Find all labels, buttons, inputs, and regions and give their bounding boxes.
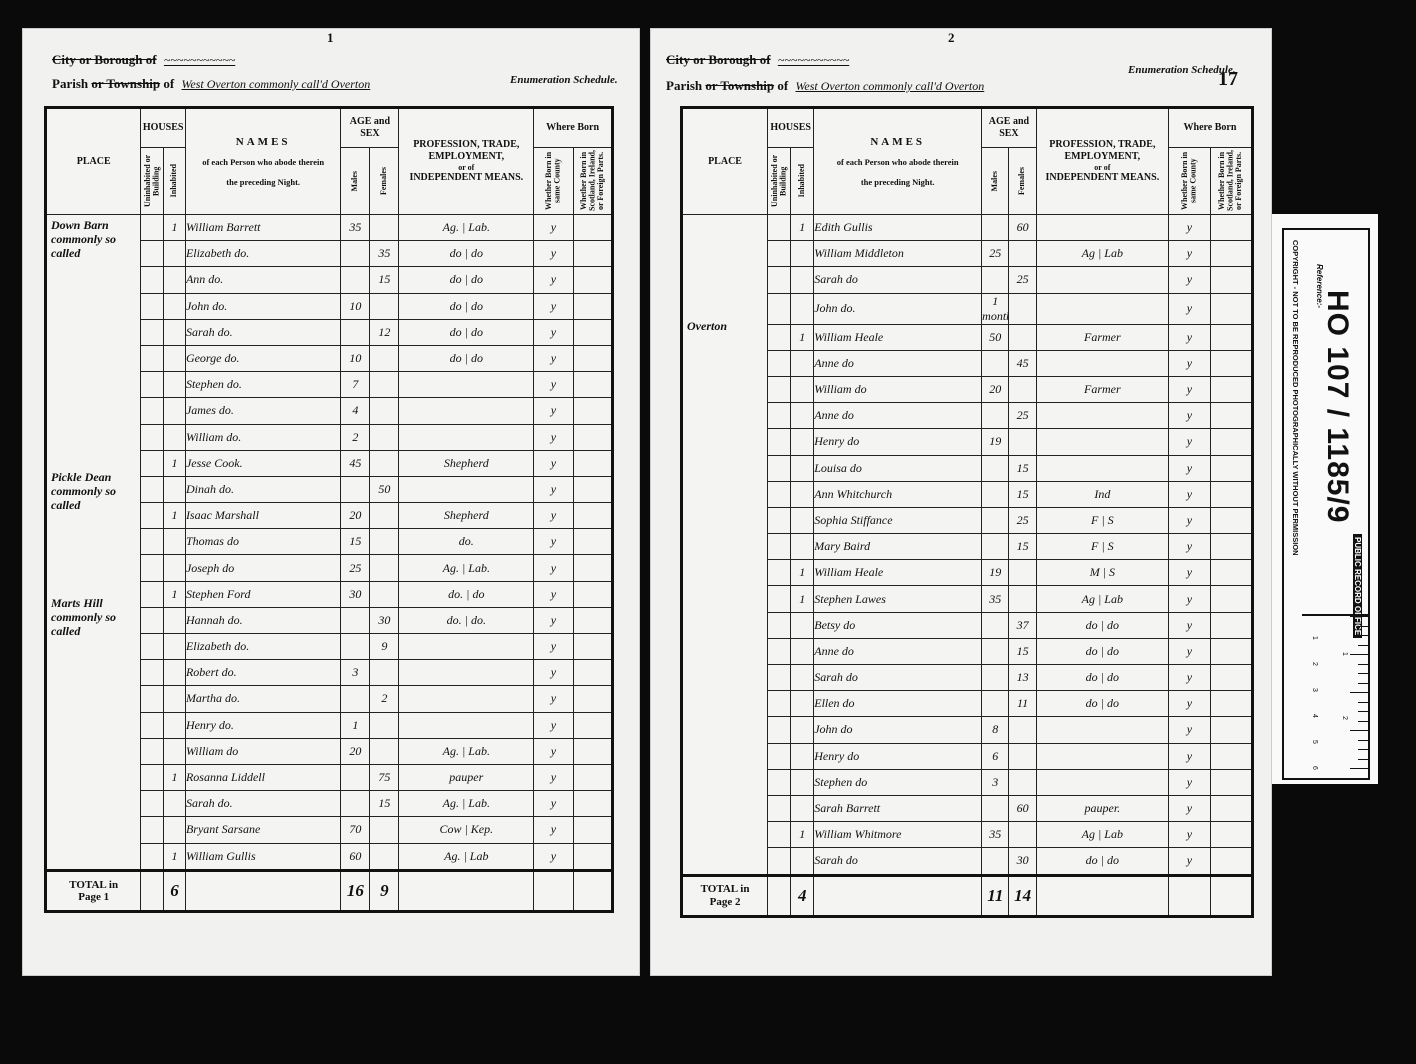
inhabited-cell: 1	[164, 215, 186, 241]
born-same-county: y	[1168, 403, 1210, 429]
born-same-county: y	[1168, 612, 1210, 638]
age-male: 50	[982, 324, 1009, 350]
born-same-county: y	[1168, 455, 1210, 481]
person-name: Sarah do	[814, 267, 982, 293]
age-male	[982, 534, 1009, 560]
col-where-born: Where Born	[1168, 108, 1252, 148]
born-scotland-ireland	[573, 529, 612, 555]
inhabited-label: Inhabited	[798, 164, 806, 197]
total-inhabited: 6	[164, 870, 186, 911]
occupation: do | do	[1036, 848, 1168, 875]
person-name: Sarah do.	[185, 791, 340, 817]
parish-line: Parish or Township of West Overton commo…	[666, 78, 984, 94]
age-male	[341, 476, 370, 502]
total-label-line2: Page 2	[683, 896, 767, 908]
age-male	[982, 795, 1009, 821]
city-borough-label: City or Borough of	[666, 52, 771, 67]
total-born-county	[1168, 875, 1210, 916]
age-male: 10	[341, 293, 370, 319]
uninhabited-cell	[141, 319, 164, 345]
inhabited-cell	[164, 398, 186, 424]
total-label-line2: Page 1	[47, 891, 140, 903]
ruler-cm-label: 4	[1311, 714, 1318, 718]
occupation: Ag. | Lab.	[399, 791, 534, 817]
person-name: Martha do.	[185, 686, 340, 712]
age-male: 35	[982, 586, 1009, 612]
age-female	[370, 345, 399, 371]
born-same-county: y	[534, 293, 573, 319]
born-scotland-ireland	[1210, 429, 1252, 455]
person-name: Stephen do	[814, 769, 982, 795]
profession-line4: INDEPENDENT MEANS.	[399, 172, 533, 184]
inhabited-cell	[164, 293, 186, 319]
person-name: Bryant Sarsane	[185, 817, 340, 843]
col-inhabited: Inhabited	[164, 148, 186, 215]
archive-reference-card: Reference:- HO 107 / 1185/9 PUBLIC RECOR…	[1272, 214, 1378, 784]
born-same-county: y	[1168, 215, 1210, 241]
inhabited-cell	[791, 612, 814, 638]
place-entry: Down Barn commonly so called	[51, 219, 131, 260]
person-name: Anne do	[814, 638, 982, 664]
born-county-label: Whether Born in same County	[1181, 148, 1198, 214]
uninhabited-cell	[141, 712, 164, 738]
city-borough-value: ~~~~~~~~~~~	[778, 53, 849, 67]
person-name: Stephen Lawes	[814, 586, 982, 612]
born-scotland-ireland	[573, 450, 612, 476]
person-name: Edith Gullis	[814, 215, 982, 241]
born-scotland-ireland	[1210, 455, 1252, 481]
uninhabited-cell	[768, 215, 791, 241]
age-female	[1009, 586, 1036, 612]
uninhabited-cell	[768, 241, 791, 267]
person-name: Stephen Ford	[185, 581, 340, 607]
age-male	[982, 481, 1009, 507]
born-scotland-ireland	[1210, 534, 1252, 560]
born-same-county: y	[534, 372, 573, 398]
females-label: Females	[1018, 167, 1026, 195]
occupation	[1036, 350, 1168, 376]
age-male: 20	[341, 503, 370, 529]
age-female	[370, 398, 399, 424]
inhabited-cell: 1	[164, 450, 186, 476]
col-born-county: Whether Born in same County	[534, 148, 573, 215]
age-female	[370, 503, 399, 529]
city-borough-line: City or Borough of ~~~~~~~~~~~	[666, 52, 849, 68]
born-same-county: y	[534, 215, 573, 241]
total-label-line1: TOTAL in	[47, 879, 140, 891]
born-scotland-ireland	[1210, 691, 1252, 717]
born-same-county: y	[534, 607, 573, 633]
born-same-county: y	[534, 817, 573, 843]
born-scotland-ireland	[573, 555, 612, 581]
age-female	[370, 450, 399, 476]
born-scotland-ireland	[573, 215, 612, 241]
table-row: Down Barn commonly so calledPickle Dean …	[46, 215, 613, 241]
uninhabited-cell	[141, 267, 164, 293]
occupation: Farmer	[1036, 376, 1168, 402]
born-same-county: y	[534, 345, 573, 371]
age-female: 60	[1009, 795, 1036, 821]
uninhabited-cell	[768, 769, 791, 795]
occupation	[1036, 717, 1168, 743]
place-entry: Overton	[687, 320, 767, 334]
col-age-sex: AGE and SEX	[982, 108, 1037, 148]
total-males: 11	[982, 875, 1009, 916]
inhabited-cell	[791, 507, 814, 533]
born-same-county: y	[1168, 560, 1210, 586]
born-scotland-ireland	[573, 712, 612, 738]
inhabited-cell	[164, 817, 186, 843]
uninhabited-cell	[141, 503, 164, 529]
col-inhabited: Inhabited	[791, 148, 814, 215]
born-same-county: y	[534, 634, 573, 660]
born-same-county: y	[534, 503, 573, 529]
age-male: 8	[982, 717, 1009, 743]
males-label: Males	[351, 171, 359, 191]
inhabited-cell	[791, 848, 814, 875]
age-male: 35	[341, 215, 370, 241]
age-female: 30	[370, 607, 399, 633]
occupation: Ag. | Lab.	[399, 738, 534, 764]
born-same-county: y	[1168, 429, 1210, 455]
inhabited-cell	[791, 691, 814, 717]
inhabited-cell	[164, 241, 186, 267]
names-sub2: the preceding Night.	[186, 177, 340, 187]
inhabited-cell	[791, 534, 814, 560]
ruler-tick	[1358, 721, 1368, 722]
ruler-tick	[1358, 635, 1368, 636]
total-names	[185, 870, 340, 911]
inhabited-cell: 1	[791, 586, 814, 612]
person-name: Elizabeth do.	[185, 241, 340, 267]
total-females: 9	[370, 870, 399, 911]
uninhabited-cell	[141, 555, 164, 581]
born-same-county: y	[1168, 534, 1210, 560]
inhabited-cell	[164, 686, 186, 712]
occupation	[1036, 455, 1168, 481]
born-same-county: y	[1168, 507, 1210, 533]
born-scotland-ireland	[1210, 507, 1252, 533]
profession-line3: or of	[399, 163, 533, 173]
col-houses: HOUSES	[768, 108, 814, 148]
table-row: Overton1Edith Gullis60y	[682, 215, 1253, 241]
occupation: Shepherd	[399, 450, 534, 476]
inhabited-cell	[791, 350, 814, 376]
person-name: William Middleton	[814, 241, 982, 267]
uninhabited-cell	[768, 822, 791, 848]
age-female: 60	[1009, 215, 1036, 241]
col-houses: HOUSES	[141, 108, 186, 148]
names-title: NAMES	[186, 136, 340, 149]
uninhabited-cell	[141, 398, 164, 424]
age-male: 20	[341, 738, 370, 764]
age-male: 4	[341, 398, 370, 424]
born-same-county: y	[534, 843, 573, 870]
age-female	[1009, 717, 1036, 743]
ruler-cm-label: 2	[1311, 662, 1318, 666]
ruler-cm-label: 1	[1311, 636, 1318, 640]
col-place: PLACE	[46, 108, 141, 215]
ruler-tick	[1350, 768, 1368, 769]
ruler-tick	[1350, 692, 1368, 693]
occupation	[399, 476, 534, 502]
age-female	[370, 555, 399, 581]
occupation: do. | do.	[399, 607, 534, 633]
occupation	[1036, 267, 1168, 293]
col-born-scotland: Whether Born in Scotland, Ireland, or Fo…	[1210, 148, 1252, 215]
uninhabited-cell	[141, 293, 164, 319]
age-female	[1009, 324, 1036, 350]
inhabited-cell: 1	[164, 843, 186, 870]
occupation	[1036, 769, 1168, 795]
occupation	[399, 634, 534, 660]
females-label: Females	[380, 167, 388, 195]
occupation: Ag | Lab	[1036, 241, 1168, 267]
parish-of: of	[777, 78, 788, 93]
inhabited-cell: 1	[164, 503, 186, 529]
age-female: 25	[1009, 267, 1036, 293]
col-born-county: Whether Born in same County	[1168, 148, 1210, 215]
occupation	[1036, 403, 1168, 429]
age-male: 30	[341, 581, 370, 607]
born-scotland-label: Whether Born in Scotland, Ireland, or Fo…	[580, 148, 605, 214]
ruler-tick	[1350, 730, 1368, 731]
person-name: Anne do	[814, 403, 982, 429]
uninhabited-cell	[141, 424, 164, 450]
total-males: 16	[341, 870, 370, 911]
inhabited-cell	[791, 267, 814, 293]
born-same-county: y	[1168, 638, 1210, 664]
inhabited-cell	[164, 372, 186, 398]
age-female	[370, 660, 399, 686]
person-name: William Gullis	[185, 843, 340, 870]
age-female: 15	[370, 267, 399, 293]
occupation: do | do	[399, 345, 534, 371]
born-same-county: y	[1168, 481, 1210, 507]
born-same-county: y	[534, 791, 573, 817]
uninhabited-cell	[768, 848, 791, 875]
uninhabited-cell	[141, 764, 164, 790]
born-same-county: y	[534, 686, 573, 712]
uninhabited-cell	[768, 376, 791, 402]
born-scotland-label: Whether Born in Scotland, Ireland, or Fo…	[1218, 148, 1243, 214]
born-scotland-ireland	[1210, 638, 1252, 664]
person-name: Jesse Cook.	[185, 450, 340, 476]
inhabited-cell: 1	[791, 324, 814, 350]
parish-of: of	[163, 76, 174, 91]
col-born-scotland: Whether Born in Scotland, Ireland, or Fo…	[573, 148, 612, 215]
age-female	[1009, 429, 1036, 455]
age-female	[370, 529, 399, 555]
born-scotland-ireland	[573, 581, 612, 607]
person-name: Louisa do	[814, 455, 982, 481]
parish-label: Parish	[666, 78, 702, 93]
inhabited-cell	[164, 555, 186, 581]
person-name: Dinah do.	[185, 476, 340, 502]
age-female: 15	[1009, 638, 1036, 664]
uninhabited-cell	[141, 738, 164, 764]
age-female	[370, 843, 399, 870]
inhabited-cell	[791, 403, 814, 429]
person-name: William Barrett	[185, 215, 340, 241]
age-male	[982, 267, 1009, 293]
occupation: F | S	[1036, 507, 1168, 533]
age-male: 25	[341, 555, 370, 581]
person-name: Ellen do	[814, 691, 982, 717]
person-name: James do.	[185, 398, 340, 424]
uninhabited-cell	[141, 817, 164, 843]
uninhabited-cell	[768, 534, 791, 560]
occupation	[1036, 743, 1168, 769]
total-females: 14	[1009, 875, 1036, 916]
occupation: Shepherd	[399, 503, 534, 529]
total-uninhabited	[141, 870, 164, 911]
uninhabited-cell	[141, 241, 164, 267]
born-same-county: y	[1168, 743, 1210, 769]
col-females: Females	[370, 148, 399, 215]
born-same-county: y	[534, 398, 573, 424]
age-female	[1009, 376, 1036, 402]
age-male	[982, 665, 1009, 691]
age-female	[370, 372, 399, 398]
age-female: 45	[1009, 350, 1036, 376]
uninhabited-cell	[768, 612, 791, 638]
born-scotland-ireland	[1210, 795, 1252, 821]
occupation	[399, 712, 534, 738]
uninhabited-cell	[768, 586, 791, 612]
occupation	[399, 424, 534, 450]
age-female: 35	[370, 241, 399, 267]
born-same-county: y	[534, 319, 573, 345]
person-name: Hannah do.	[185, 607, 340, 633]
total-label: TOTAL inPage 2	[682, 875, 768, 916]
person-name: Anne do	[814, 350, 982, 376]
inhabited-cell	[164, 634, 186, 660]
born-scotland-ireland	[1210, 769, 1252, 795]
age-female: 25	[1009, 507, 1036, 533]
born-same-county: y	[534, 529, 573, 555]
parish-value: West Overton commonly call'd Overton	[182, 77, 371, 91]
occupation: M | S	[1036, 560, 1168, 586]
profession-line4: INDEPENDENT MEANS.	[1037, 172, 1168, 184]
uninhabited-cell	[768, 455, 791, 481]
uninhabited-cell	[141, 634, 164, 660]
person-name: Ann Whitchurch	[814, 481, 982, 507]
place-entry: Marts Hill commonly so called	[51, 597, 131, 638]
ruler-tick	[1350, 616, 1368, 617]
age-female	[370, 293, 399, 319]
person-name: Rosanna Liddell	[185, 764, 340, 790]
age-male: 35	[982, 822, 1009, 848]
person-name: Isaac Marshall	[185, 503, 340, 529]
person-name: William do.	[185, 424, 340, 450]
occupation: pauper.	[1036, 795, 1168, 821]
person-name: Stephen do.	[185, 372, 340, 398]
born-scotland-ireland	[573, 424, 612, 450]
total-occupation	[1036, 875, 1168, 916]
age-male: 2	[341, 424, 370, 450]
inhabited-cell	[791, 769, 814, 795]
person-name: John do.	[814, 293, 982, 324]
born-same-county: y	[1168, 267, 1210, 293]
reference-number: HO 107 / 1185/9	[1320, 290, 1354, 524]
total-born-county	[534, 870, 573, 911]
born-scotland-ireland	[1210, 215, 1252, 241]
inhabited-cell	[791, 241, 814, 267]
occupation: F | S	[1036, 534, 1168, 560]
born-scotland-ireland	[1210, 560, 1252, 586]
person-name: Thomas do	[185, 529, 340, 555]
born-same-county: y	[1168, 376, 1210, 402]
uninhabited-label: Uninhabited or Building	[771, 148, 788, 214]
inhabited-cell	[164, 738, 186, 764]
occupation	[399, 372, 534, 398]
uninhabited-cell	[768, 691, 791, 717]
census-table-page-1: PLACE HOUSES NAMES of each Person who ab…	[44, 106, 614, 913]
occupation	[399, 398, 534, 424]
inhabited-cell	[791, 795, 814, 821]
age-male: 25	[982, 241, 1009, 267]
ruler-tick	[1358, 749, 1368, 750]
ruler-tick	[1358, 645, 1368, 646]
person-name: William Whitmore	[814, 822, 982, 848]
occupation: do | do	[399, 241, 534, 267]
born-same-county: y	[534, 241, 573, 267]
person-name: Elizabeth do.	[185, 634, 340, 660]
ruler-tick	[1358, 740, 1368, 741]
col-uninhabited: Uninhabited or Building	[768, 148, 791, 215]
age-male: 10	[341, 345, 370, 371]
inhabited-cell	[791, 293, 814, 324]
uninhabited-cell	[768, 717, 791, 743]
born-scotland-ireland	[1210, 612, 1252, 638]
born-same-county: y	[1168, 350, 1210, 376]
inhabited-cell: 1	[164, 764, 186, 790]
born-scotland-ireland	[573, 345, 612, 371]
age-female	[370, 215, 399, 241]
age-male	[341, 241, 370, 267]
inhabited-cell	[791, 429, 814, 455]
age-female: 15	[1009, 481, 1036, 507]
age-female	[1009, 293, 1036, 324]
uninhabited-cell	[768, 481, 791, 507]
occupation: do. | do	[399, 581, 534, 607]
born-same-county: y	[1168, 324, 1210, 350]
uninhabited-cell	[141, 791, 164, 817]
inhabited-cell: 1	[791, 560, 814, 586]
inhabited-cell	[164, 319, 186, 345]
parish-line: Parish or Township of West Overton commo…	[52, 76, 370, 92]
born-scotland-ireland	[573, 764, 612, 790]
age-male: 15	[341, 529, 370, 555]
born-same-county: y	[1168, 795, 1210, 821]
age-male: 3	[982, 769, 1009, 795]
born-scotland-ireland	[1210, 481, 1252, 507]
age-male	[341, 686, 370, 712]
born-same-county: y	[534, 424, 573, 450]
uninhabited-cell	[768, 795, 791, 821]
age-female: 9	[370, 634, 399, 660]
names-sub2: the preceding Night.	[814, 177, 981, 187]
township-struck: or Township	[91, 76, 160, 91]
born-same-county: y	[534, 738, 573, 764]
col-where-born: Where Born	[534, 108, 613, 148]
born-same-county: y	[534, 581, 573, 607]
uninhabited-cell	[768, 743, 791, 769]
born-scotland-ireland	[573, 791, 612, 817]
profession-line3: or of	[1037, 163, 1168, 173]
page-number: 1	[327, 30, 334, 46]
